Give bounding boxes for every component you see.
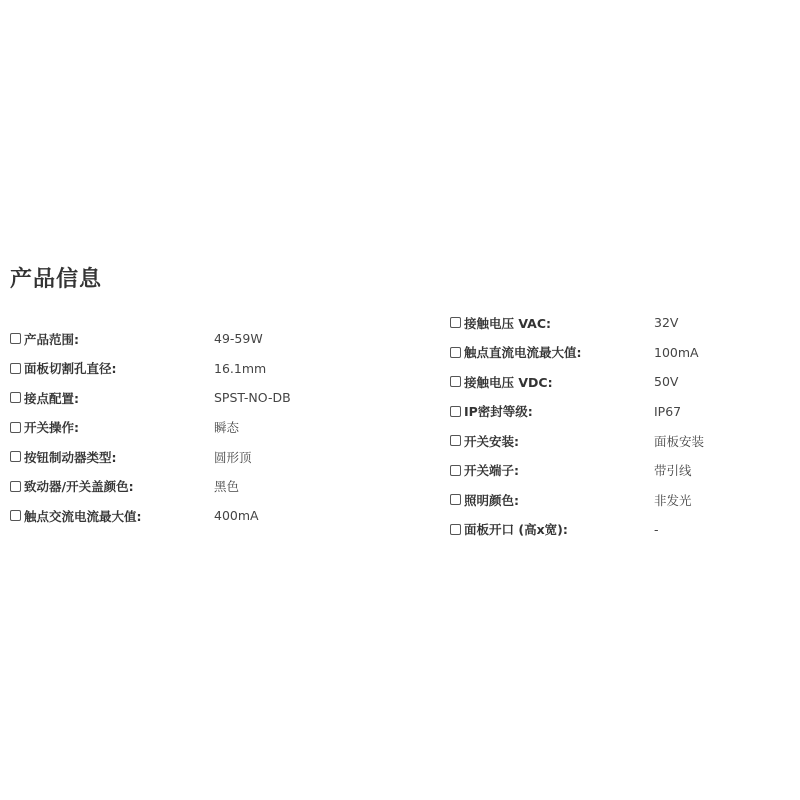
spec-row: 面板开口 (高x宽): - — [450, 515, 800, 545]
spec-row: 按钮制动器类型: 圆形顶 — [10, 442, 390, 472]
spec-label: 触点直流电流最大值: — [464, 343, 654, 361]
spec-checkbox[interactable] — [10, 510, 21, 521]
spec-checkbox[interactable] — [10, 422, 21, 433]
spec-value: 瞬态 — [214, 418, 239, 436]
spec-row: 产品范围: 49-59W — [10, 324, 390, 354]
spec-checkbox[interactable] — [10, 392, 21, 403]
spec-label: 产品范围: — [24, 330, 214, 348]
spec-value: 黑色 — [214, 477, 239, 495]
spec-row: IP密封等级: IP67 — [450, 397, 800, 427]
spec-value: 400mA — [214, 508, 259, 523]
spec-label: 面板切割孔直径: — [24, 359, 214, 377]
spec-row: 接触电压 VAC: 32V — [450, 308, 800, 338]
spec-row: 接点配置: SPST-NO-DB — [10, 383, 390, 413]
spec-row: 接触电压 VDC: 50V — [450, 367, 800, 397]
spec-label: 接点配置: — [24, 389, 214, 407]
spec-row: 照明颜色: 非发光 — [450, 485, 800, 515]
spec-label: 接触电压 VDC: — [464, 373, 654, 391]
spec-checkbox[interactable] — [450, 406, 461, 417]
spec-row: 开关操作: 瞬态 — [10, 413, 390, 443]
spec-checkbox[interactable] — [450, 317, 461, 328]
spec-checkbox[interactable] — [10, 333, 21, 344]
spec-row: 致动器/开关盖颜色: 黑色 — [10, 472, 390, 502]
spec-value: 100mA — [654, 345, 699, 360]
spec-value: IP67 — [654, 404, 681, 419]
spec-list-left: 产品范围: 49-59W 面板切割孔直径: 16.1mm 接点配置: SPST-… — [10, 324, 390, 531]
spec-row: 触点交流电流最大值: 400mA — [10, 501, 390, 531]
spec-value: 圆形顶 — [214, 448, 252, 466]
spec-label: 照明颜色: — [464, 491, 654, 509]
spec-row: 开关安装: 面板安装 — [450, 426, 800, 456]
spec-label: 按钮制动器类型: — [24, 448, 214, 466]
spec-row: 触点直流电流最大值: 100mA — [450, 338, 800, 368]
spec-label: 致动器/开关盖颜色: — [24, 477, 214, 495]
spec-row: 开关端子: 带引线 — [450, 456, 800, 486]
spec-label: 开关安装: — [464, 432, 654, 450]
spec-checkbox[interactable] — [450, 494, 461, 505]
spec-checkbox[interactable] — [450, 524, 461, 535]
spec-row: 面板切割孔直径: 16.1mm — [10, 354, 390, 384]
spec-checkbox[interactable] — [10, 481, 21, 492]
spec-value: 带引线 — [654, 461, 692, 479]
spec-label: 开关端子: — [464, 461, 654, 479]
spec-value: 面板安装 — [654, 432, 704, 450]
section-title: 产品信息 — [10, 262, 102, 293]
spec-value: - — [654, 522, 659, 537]
spec-label: 面板开口 (高x宽): — [464, 520, 654, 538]
spec-value: 50V — [654, 374, 678, 389]
spec-value: SPST-NO-DB — [214, 390, 291, 405]
spec-checkbox[interactable] — [450, 435, 461, 446]
spec-checkbox[interactable] — [450, 376, 461, 387]
spec-list-right: 接触电压 VAC: 32V 触点直流电流最大值: 100mA 接触电压 VDC:… — [450, 308, 800, 544]
spec-label: 触点交流电流最大值: — [24, 507, 214, 525]
spec-label: 开关操作: — [24, 418, 214, 436]
spec-checkbox[interactable] — [10, 363, 21, 374]
spec-checkbox[interactable] — [10, 451, 21, 462]
spec-label: 接触电压 VAC: — [464, 314, 654, 332]
spec-value: 16.1mm — [214, 361, 266, 376]
spec-label: IP密封等级: — [464, 402, 654, 420]
spec-value: 49-59W — [214, 331, 263, 346]
spec-checkbox[interactable] — [450, 347, 461, 358]
spec-checkbox[interactable] — [450, 465, 461, 476]
spec-value: 非发光 — [654, 491, 692, 509]
spec-value: 32V — [654, 315, 678, 330]
